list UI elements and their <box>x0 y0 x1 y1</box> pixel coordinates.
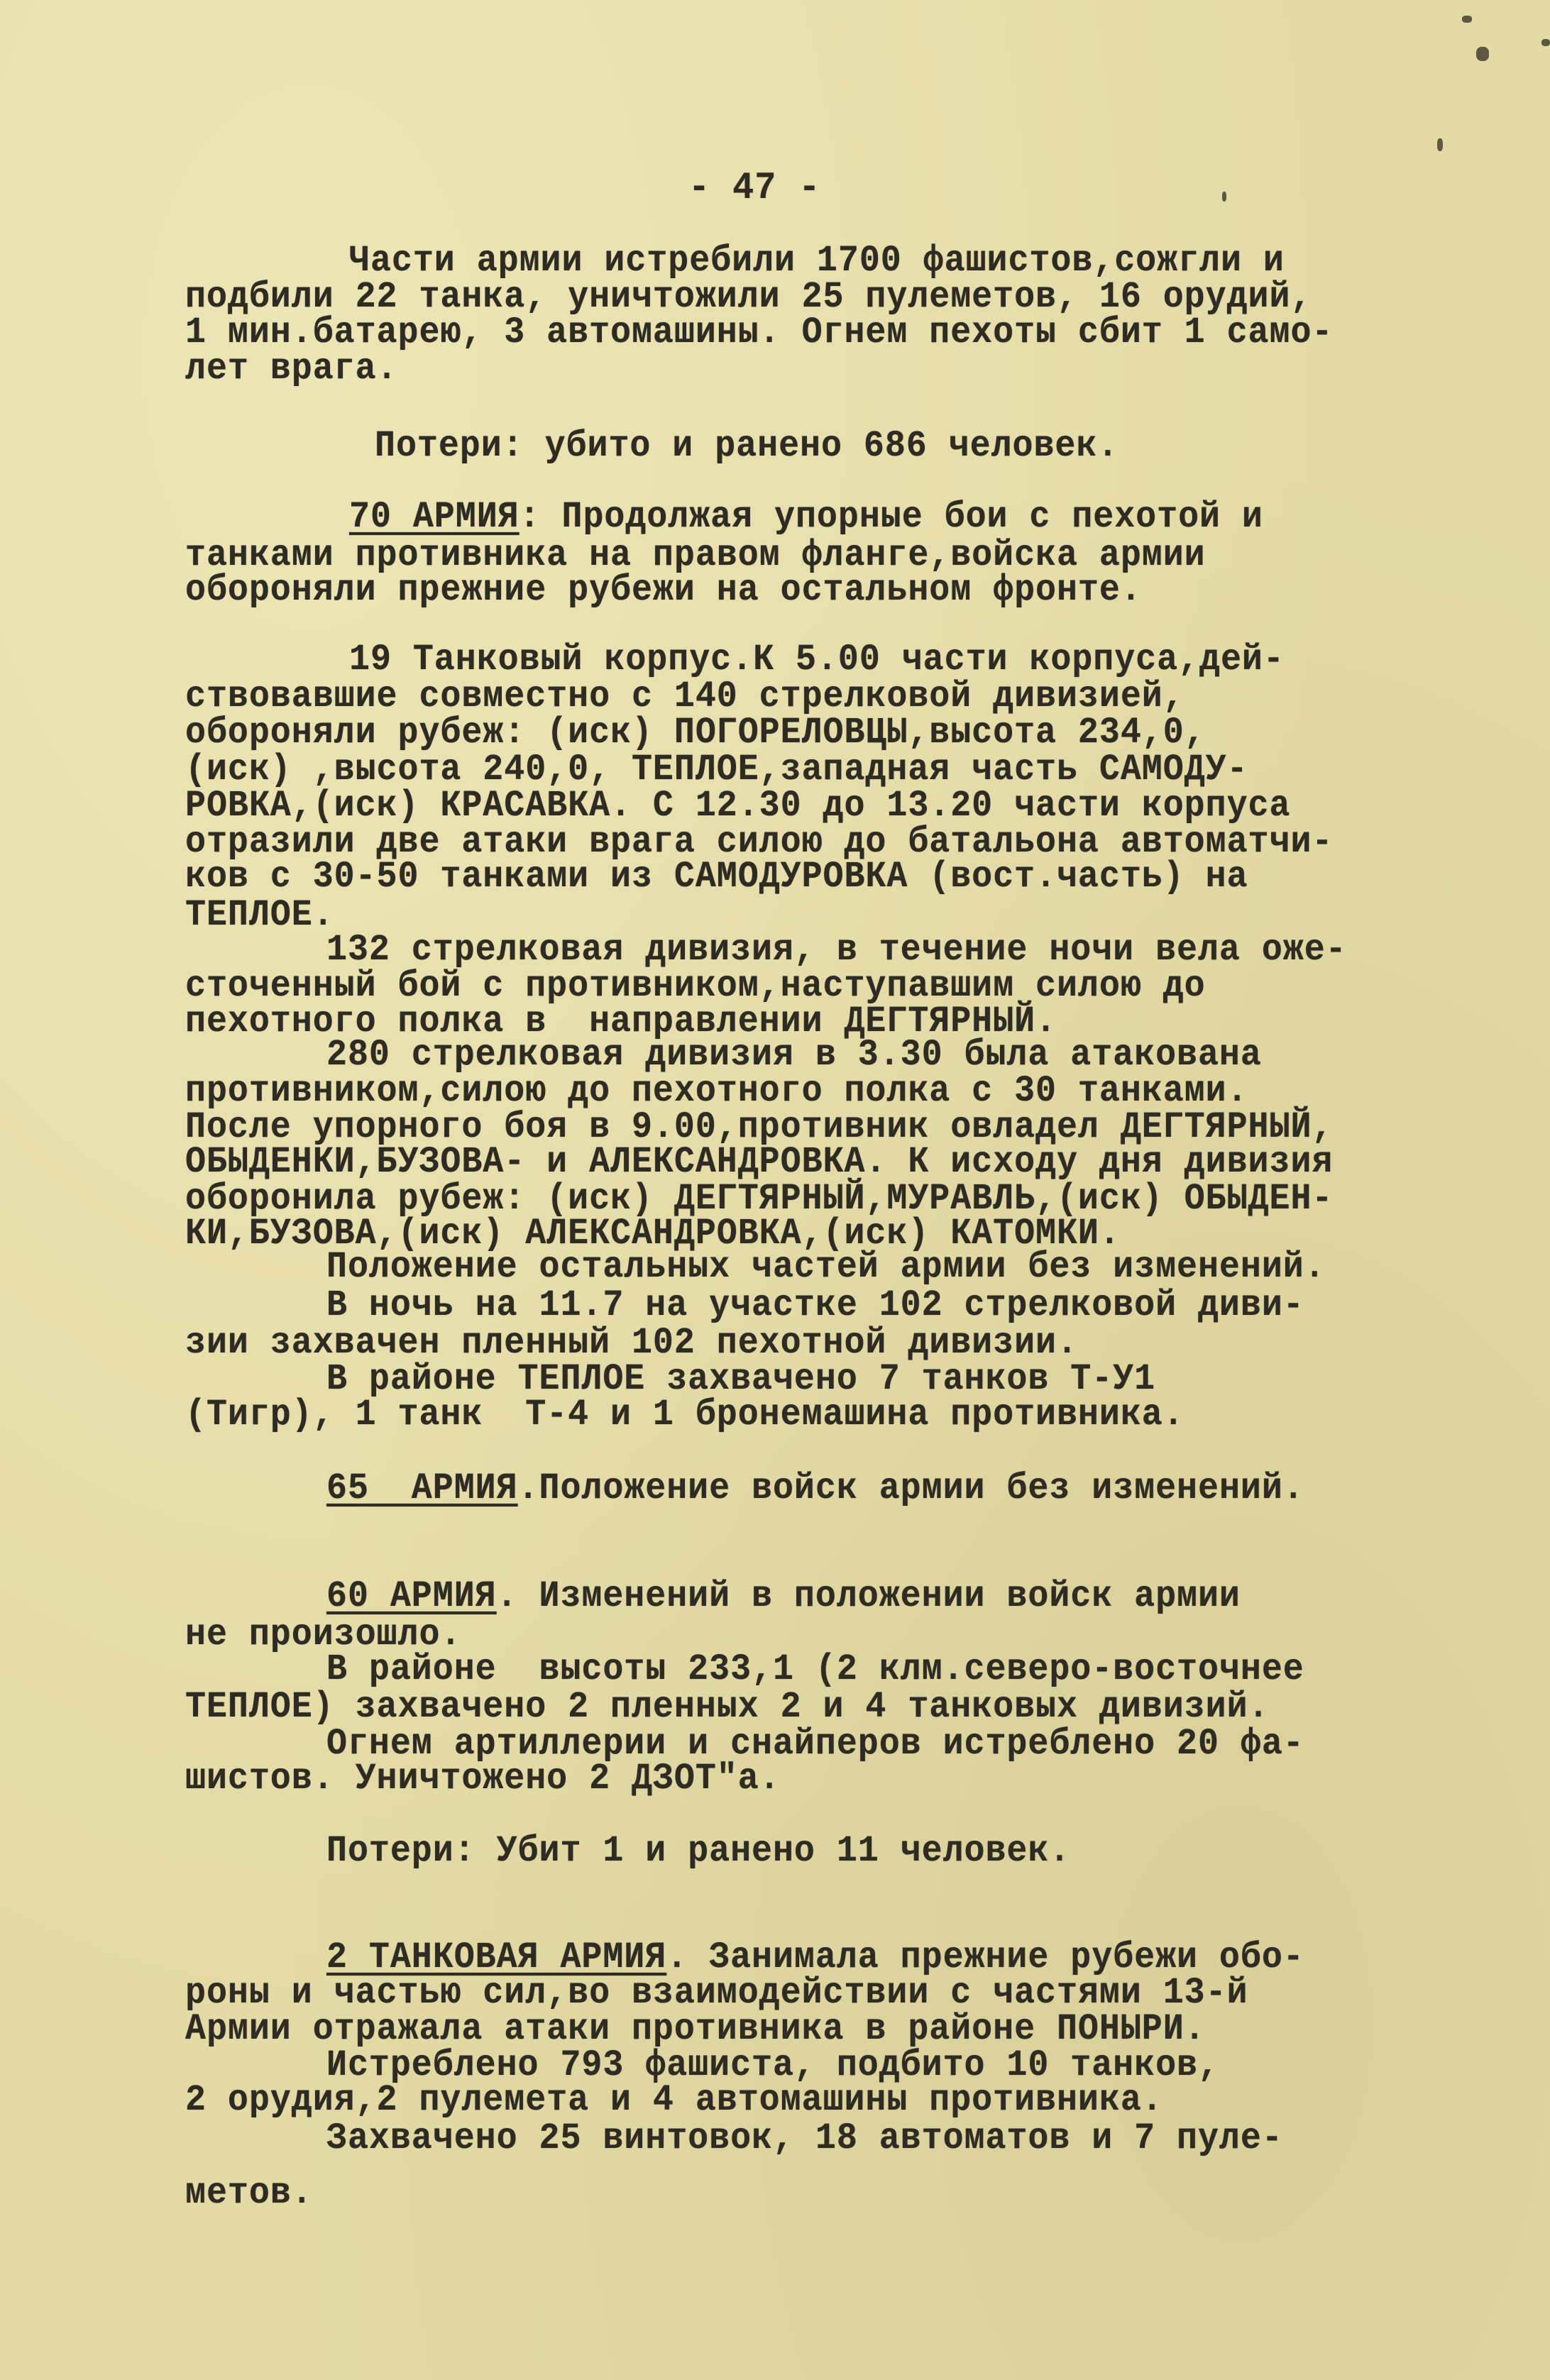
paper-speck <box>1476 47 1489 61</box>
text-line: зии захвачен пленный 102 пехотной дивизи… <box>185 1323 1078 1363</box>
text-line: В ночь на 11.7 на участке 102 стрелковой… <box>326 1286 1304 1326</box>
losses-line: Потери: Убит 1 и ранено 11 человек. <box>326 1831 1070 1871</box>
text-line: метов. <box>185 2174 313 2213</box>
army-paragraph-start: 60 АРМИЯ. Изменений в положении войск ар… <box>326 1577 1241 1616</box>
text-segment: .Положение войск армии без изменений. <box>518 1467 1304 1509</box>
text-line: 19 Танковый корпус.К 5.00 части корпуса,… <box>349 640 1285 680</box>
text-line: РОВКА,(иск) КРАСАВКА. С 12.30 до 13.20 ч… <box>185 786 1290 826</box>
text-line: Армии отражала атаки противника в районе… <box>185 2010 1206 2049</box>
text-line: 1 мин.батарею, 3 автомашины. Огнем пехот… <box>185 313 1333 353</box>
text-line: Положение остальных частей армии без изм… <box>326 1247 1326 1287</box>
text-line: В районе высоты 233,1 (2 клм.северо-вост… <box>326 1650 1304 1690</box>
paper-speck <box>1222 192 1226 202</box>
text-line: ков с 30-50 танками из САМОДУРОВКА (вост… <box>185 857 1248 897</box>
text-line: 132 стрелковая дивизия, в течение ночи в… <box>326 930 1347 970</box>
text-line: обороняли рубеж: (иск) ПОГОРЕЛОВЦЫ,высот… <box>185 713 1206 753</box>
paper-speck <box>1462 16 1472 23</box>
army-paragraph-start: 65 АРМИЯ.Положение войск армии без измен… <box>326 1469 1304 1509</box>
army-heading-65: 65 АРМИЯ <box>326 1467 518 1509</box>
text-line: ствовавшие совместно с 140 стрелковой ди… <box>185 677 1185 717</box>
text-line: ОБЫДЕНКИ,БУЗОВА- и АЛЕКСАНДРОВКА. К исхо… <box>185 1142 1333 1182</box>
page-number: - 47 - <box>688 169 820 209</box>
text-line: шистов. Уничтожено 2 ДЗОТ"а. <box>185 1759 781 1799</box>
text-line: ТЕПЛОЕ) захвачено 2 пленных 2 и 4 танков… <box>185 1687 1269 1727</box>
text-line: Части армии истребили 1700 фашистов,сожг… <box>349 241 1285 281</box>
army-heading-70: 70 АРМИЯ <box>349 496 520 538</box>
text-line: (Тигр), 1 танк Т-4 и 1 бронемашина проти… <box>185 1395 1185 1435</box>
army-paragraph-start: 70 АРМИЯ: Продолжая упорные бои с пехото… <box>349 497 1263 537</box>
text-line: обороняли прежние рубежи на остальном фр… <box>185 571 1142 610</box>
text-line: ТЕПЛОЕ. <box>185 896 334 935</box>
paper-speck <box>1541 39 1550 46</box>
text-line: (иск) ,высота 240,0, ТЕПЛОЕ,западная час… <box>185 750 1248 790</box>
text-line: Захвачено 25 винтовок, 18 автоматов и 7 … <box>326 2119 1283 2159</box>
paper-speck <box>1437 138 1443 151</box>
text-segment: : Продолжая упорные бои с пехотой и <box>520 496 1263 538</box>
text-line: противником,силою до пехотного полка с 3… <box>185 1071 1248 1111</box>
losses-line: Потери: убито и ранено 686 человек. <box>375 426 1118 466</box>
text-segment: . Изменений в положении войск армии <box>497 1575 1241 1617</box>
text-line: 2 орудия,2 пулемета и 4 автомашины проти… <box>185 2081 1163 2120</box>
army-heading-60: 60 АРМИЯ <box>326 1575 497 1617</box>
text-line: 280 стрелковая дивизия в 3.30 была атако… <box>326 1035 1262 1075</box>
text-line: лет врага. <box>185 349 398 389</box>
document-page: - 47 - Части армии истребили 1700 фашист… <box>0 0 1550 2380</box>
text-line: роны и частью сил,во взаимодействии с ча… <box>185 1973 1248 2013</box>
